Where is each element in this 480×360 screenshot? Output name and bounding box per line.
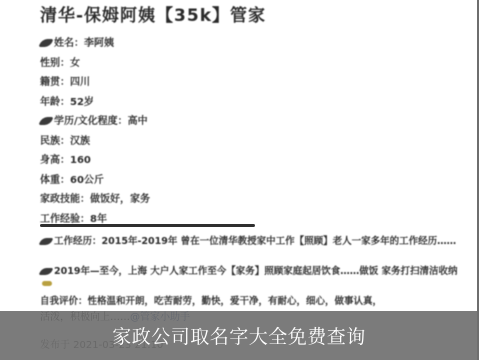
field-skills: 家政技能：做饭好，家务 [40,190,440,210]
field-label: 民族 [40,136,60,147]
field-value: 52岁 [70,97,94,108]
field-label: 籍贯 [40,77,60,88]
field-label: 家政技能 [40,194,80,205]
paragraph-work-history: 工作经历：2015年-2019年 曾在一位清华教授家中工作【照顾】老人一家多年的… [40,236,460,248]
field-education: 学历/文化程度：高中 [40,112,440,132]
right-border [477,0,479,360]
field-name: 姓名：李阿姨 [40,34,440,54]
section-divider [40,224,255,227]
field-weight: 体重：60公斤 [40,171,440,191]
field-value: 女 [70,58,80,69]
paragraph-self-evaluation: 自我评价：性格温和开朗，吃苦耐劳，勤快，爱干净，有耐心，细心，做事认真， [40,296,460,308]
paragraph-text: 2019年—至今，上海 大户人家工作至今【家务】照顾家庭起居饮食……做饭 家务打… [54,266,458,277]
pen-icon [39,238,54,245]
field-age: 年龄：52岁 [40,93,440,113]
field-label: 体重 [40,175,60,186]
paragraph-current-job: 2019年—至今，上海 大户人家工作至今【家务】照顾家庭起居饮食……做饭 家务打… [40,266,460,290]
pen-icon [39,39,54,47]
field-height: 身高：160 [40,151,440,171]
field-label: 学历/文化程度 [54,116,118,127]
field-value: 做饭好，家务 [90,194,150,205]
field-label: 年龄 [40,97,60,108]
field-value: 汉族 [70,136,90,147]
field-value: 四川 [70,77,90,88]
field-label: 工作经验 [40,214,80,225]
field-gender: 性别：女 [40,54,440,74]
article-body: 清华-保姆阿姨【35k】管家 姓名：李阿姨 性别：女 籍贯：四川 年龄：52岁 … [40,4,440,229]
field-ethnicity: 民族：汉族 [40,132,440,152]
field-label: 姓名 [54,38,74,49]
field-value: 高中 [128,116,148,127]
field-value: 160 [70,155,91,166]
field-hometown: 籍贯：四川 [40,73,440,93]
page: 清华-保姆阿姨【35k】管家 姓名：李阿姨 性别：女 籍贯：四川 年龄：52岁 … [0,0,480,360]
field-label: 身高 [40,155,60,166]
pencil-emoji-icon [42,281,52,286]
field-label: 性别 [40,58,60,69]
book-icon [39,117,54,125]
field-value: 60公斤 [70,175,104,186]
caption-overlay: 家政公司取名字大全免费查询 [0,311,478,360]
field-value: 8年 [90,214,107,225]
paragraph-text: 自我评价：性格温和开朗，吃苦耐劳，勤快，爱干净，有耐心，细心，做事认真， [40,296,382,307]
pen-icon [39,268,54,275]
overlay-caption: 家政公司取名字大全免费查询 [0,311,478,360]
field-value: 李阿姨 [84,38,114,49]
article-title: 清华-保姆阿姨【35k】管家 [40,4,440,28]
paragraph-text: 工作经历：2015年-2019年 曾在一位清华教授家中工作【照顾】老人一家多年的… [54,236,456,247]
